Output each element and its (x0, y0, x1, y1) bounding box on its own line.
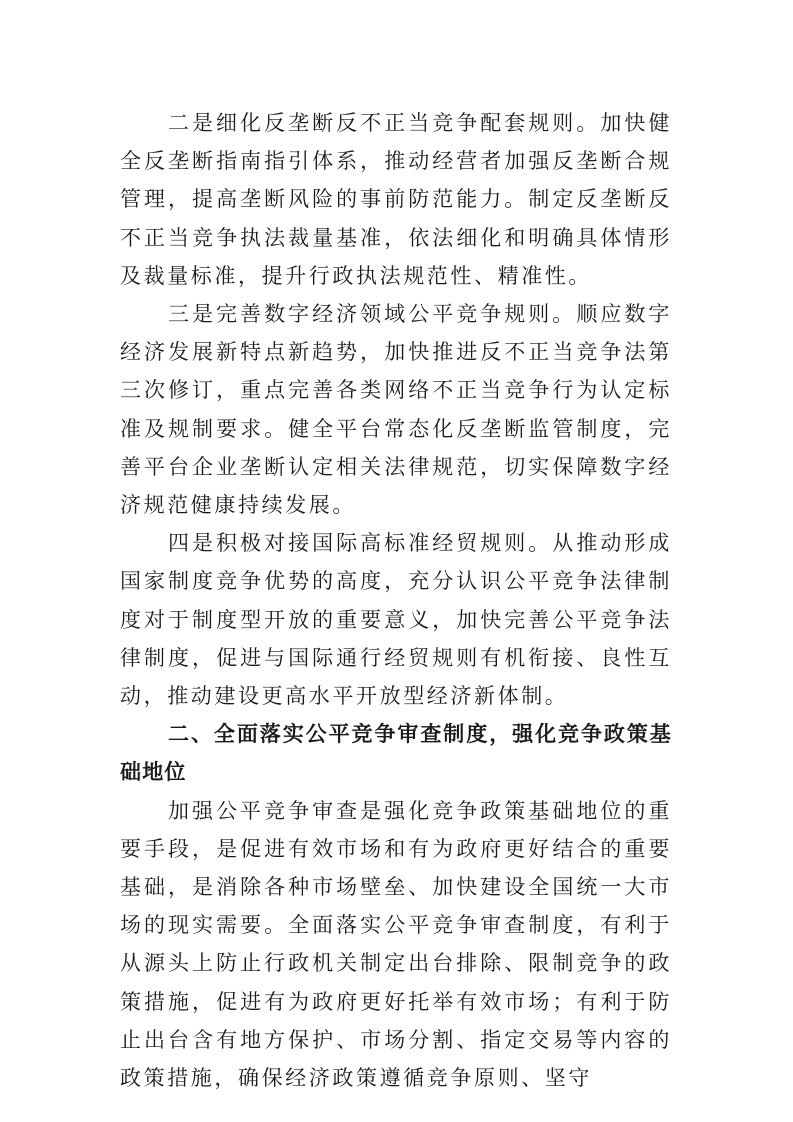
paragraph-fair-competition-review: 加强公平竞争审查是强化竞争政策基础地位的重要手段，是促进有效市场和有为政府更好结… (120, 792, 672, 1098)
document-page: 二是细化反垄断反不正当竞争配套规则。加快健全反垄断指南指引体系，推动经营者加强反… (120, 104, 672, 1097)
paragraph-antitrust-rules: 二是细化反垄断反不正当竞争配套规则。加快健全反垄断指南指引体系，推动经营者加强反… (120, 104, 672, 295)
paragraph-digital-economy: 三是完善数字经济领域公平竞争规则。顺应数字经济发展新特点新趋势，加快推进反不正当… (120, 295, 672, 524)
section-heading: 二、全面落实公平竞争审查制度，强化竞争政策基础地位 (120, 715, 672, 791)
paragraph-international-rules: 四是积极对接国际高标准经贸规则。从推动形成国家制度竞争优势的高度，充分认识公平竞… (120, 524, 672, 715)
